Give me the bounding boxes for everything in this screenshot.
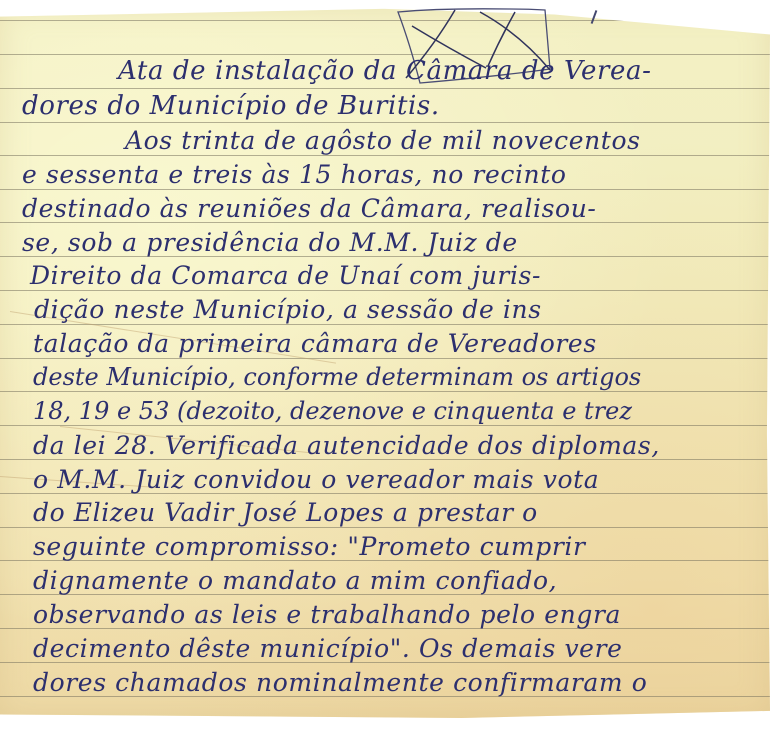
body-line-2: e sessenta e treis às 15 horas, no recin…	[22, 162, 567, 187]
ruled-line	[0, 155, 770, 156]
body-line-11: o M.M. Juiz convidou o vereador mais vot…	[33, 467, 599, 492]
ruled-line	[0, 527, 770, 528]
body-line-12: do Elizeu Vadir José Lopes a prestar o	[33, 500, 538, 525]
ruled-line	[0, 290, 770, 291]
document-page: Ata de instalação da Câmara de Verea- do…	[0, 0, 776, 733]
body-line-9: 18, 19 e 53 (dezoito, dezenove e cinquen…	[33, 399, 632, 423]
body-line-16: decimento dêste município". Os demais ve…	[33, 636, 623, 661]
body-line-7: talação da primeira câmara de Vereadores	[33, 331, 597, 356]
ruled-line	[0, 358, 770, 359]
ruled-line	[0, 189, 770, 190]
body-line-4: se, sob a presidência do M.M. Juiz de	[22, 230, 518, 255]
body-line-8: deste Município, conforme determinam os …	[33, 365, 641, 389]
body-line-15: observando as leis e trabalhando pelo en…	[33, 602, 621, 627]
title-line-2: dores do Município de Buritis.	[22, 93, 440, 119]
ruled-line	[0, 88, 770, 89]
body-line-5: Direito da Comarca de Unaí com juris-	[30, 263, 541, 288]
ruled-line	[0, 391, 770, 392]
body-line-10: da lei 28. Verificada autencidade dos di…	[33, 433, 660, 458]
body-line-13: seguinte compromisso: "Prometo cumprir	[33, 534, 586, 559]
body-line-3: destinado às reuniões da Câmara, realiso…	[22, 196, 596, 221]
body-line-6: dição neste Município, a sessão de ins	[34, 297, 542, 322]
body-line-14: dignamente o mandato a mim confiado,	[33, 568, 557, 593]
ruled-line	[0, 122, 770, 123]
body-line-17: dores chamados nominalmente confirmaram …	[33, 670, 647, 695]
ruled-line	[0, 324, 770, 325]
title-line-1: Ata de instalação da Câmara de Verea-	[118, 58, 652, 84]
body-line-1: Aos trinta de agôsto de mil novecentos	[125, 128, 641, 153]
ruled-line	[0, 425, 770, 426]
